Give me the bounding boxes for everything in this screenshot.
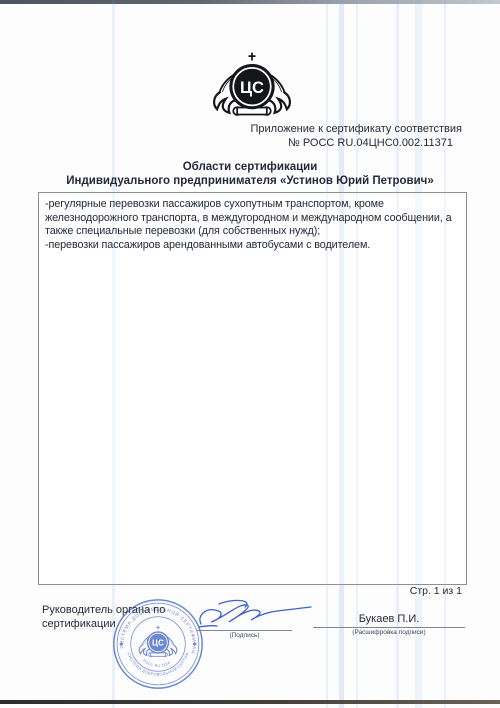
scope-line: -регулярные перевозки пассажиров сухопут… <box>45 198 460 212</box>
page-title: Области сертификации Индивидуального пре… <box>0 160 500 188</box>
scan-edge-top <box>0 0 500 4</box>
signer-name-caption: (Расшифровка подписи) <box>313 628 465 636</box>
signature-stroke <box>200 605 311 624</box>
signer-name-field: Букаев П.И. (Расшифровка подписи) <box>313 613 465 636</box>
signer-role-label: Руководитель органа по сертификации <box>42 604 212 631</box>
scope-line: также специальные перевозки (для собстве… <box>45 225 460 239</box>
title-line1: Области сертификации <box>0 160 500 174</box>
stamp-inner-text: РОСС RU 3244 <box>142 659 171 668</box>
signer-name: Букаев П.И. <box>313 613 465 628</box>
scope-line: -перевозки пассажиров арендованными авто… <box>45 239 460 253</box>
header-note: Приложение к сертификату соответствия № … <box>251 122 463 150</box>
signer-role-line1: Руководитель органа по <box>42 604 212 618</box>
scan-edge-bottom <box>0 700 500 704</box>
signature-stroke <box>199 626 217 627</box>
title-line2: Индивидуального предпринимателя «Устинов… <box>0 174 500 188</box>
scope-line: железнодорожного транспорта, в междугоро… <box>45 212 460 226</box>
certificate-page: ЦС Приложение к сертификату соответствия… <box>0 0 500 708</box>
page-number: Стр. 1 из 1 <box>410 585 462 597</box>
certification-body-logo-icon <box>206 50 298 118</box>
signature-scribble <box>193 594 317 634</box>
signer-role-line2: сертификации <box>42 618 212 632</box>
certificate-number: № РОСС RU.04ЦНС0.002.11371 <box>251 136 454 150</box>
certification-scope-box: -регулярные перевозки пассажиров сухопут… <box>38 192 467 585</box>
header-note-line1: Приложение к сертификату соответствия <box>251 122 463 136</box>
